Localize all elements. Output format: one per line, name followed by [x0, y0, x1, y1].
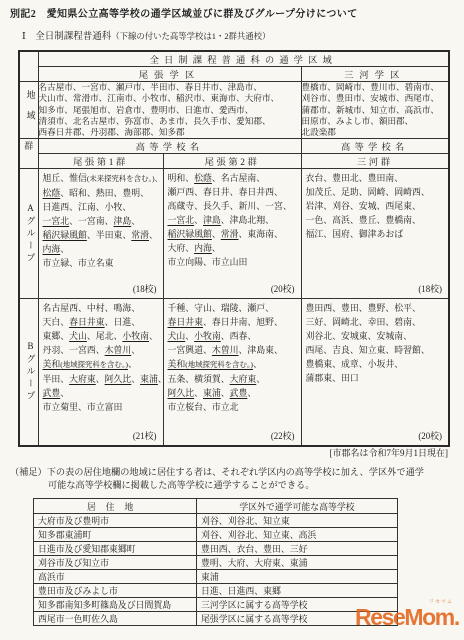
- eligible-schools-cell: 刈谷、刈谷北、知立東、高浜: [197, 528, 398, 542]
- school-name-text: 西尾、吉良、知立東、時習館、: [306, 345, 430, 355]
- school-list-line: 旭丘、惟信(未来探究科を含む。)、: [43, 171, 160, 186]
- residence-cell: 大府市及び豊明市: [34, 514, 197, 528]
- school-name-underlined: (地域探究科を含む。): [60, 360, 128, 369]
- school-name-text: 、: [128, 359, 137, 369]
- school-name-text: 、: [253, 359, 262, 369]
- school-name-text: 明和、: [168, 173, 195, 183]
- school-count: (20校): [306, 430, 446, 442]
- group-a-owari1-cell: 旭丘、惟信(未来探究科を含む。)、松蔭、昭和、熱田、豊明、日進西、江南、小牧、一…: [38, 169, 163, 299]
- school-name-text: 高蔵寺、長久手、新川、一宮、: [168, 201, 292, 211]
- school-name-text: 豊橋東、成章、小坂井、: [306, 359, 404, 369]
- school-list-line: 刈谷北、安城東、安城南、: [306, 329, 446, 343]
- school-name-text: 、昭和、熱田、豊明、: [60, 188, 149, 198]
- residence-cell: 刈谷市及び知立市: [34, 556, 197, 570]
- school-name-text: 、: [256, 374, 265, 384]
- school-name-text: 、: [212, 229, 221, 239]
- district-table-main-header: 全日制課程普通科の通学区域: [38, 51, 449, 67]
- school-list-line: 五条、横須賀、大府東、: [168, 372, 298, 386]
- group-b-owari1-cell: 名古屋西、中村、鳴海、天白、春日井東、日進、東郷、犬山、尾北、小牧南、丹羽、一宮…: [38, 299, 163, 446]
- school-name-text: 、: [131, 374, 140, 384]
- school-list-line: 瀬戸西、春日井、春日井西、: [168, 185, 298, 199]
- section-heading-note: （下線の付いた高等学校は1・2群共通校）: [111, 32, 270, 41]
- school-name-text: 、: [131, 345, 140, 355]
- residence-header: 居住地: [34, 499, 197, 514]
- school-list-line: 市立緑、市立名東: [43, 256, 160, 270]
- school-list-line: 犬山、小牧南、西春、: [168, 329, 298, 343]
- page-title: 別記2 愛知県公立高等学校の通学区域並びに群及びグループ分けについて: [10, 5, 358, 20]
- eligible-schools-cell: 刈谷、刈谷北、知立東: [197, 514, 398, 528]
- group-a-mikawa-cell: 衣台、豊田北、豊田南、加茂丘、足助、岡崎、岡崎西、岩津、刈谷、安城、西尾東、一色…: [301, 169, 449, 299]
- commute-table-row: 知多郡南知多町篠島及び日間賀島三河学区に属する高等学校: [34, 598, 398, 612]
- school-list-line: 美和(地域探究科を含む。)、: [168, 357, 298, 372]
- school-name-text: 天白、: [43, 317, 70, 327]
- commute-table-body: 大府市及び豊明市刈谷、刈谷北、知立東知多郡東浦町刈谷、刈谷北、知立東、高浜日進市…: [34, 514, 398, 626]
- school-list-line: 丹羽、一宮西、木曽川、: [43, 343, 160, 357]
- school-name-text: 、: [60, 388, 69, 398]
- commute-table-row: 高浜市東浦: [34, 570, 398, 584]
- schools-outside-header: 学区外で通学可能な高等学校: [197, 499, 398, 514]
- school-name-text: 市立緑、市立名東: [43, 258, 114, 268]
- residence-cell: 西尾市一色町佐久島: [34, 612, 197, 626]
- school-name-text: 、春日井南、旭野、: [203, 317, 283, 327]
- supplement-line1: （補足）下の表の居住地欄の地域に居住する者は、それぞれ学区内の高等学校に加え、学…: [10, 466, 424, 479]
- commute-table-row: 刈谷市及び知立市豊明、大府、大府東、東浦: [34, 556, 398, 570]
- school-name-text: 、: [158, 374, 163, 384]
- school-list-line: 大府、内海、: [168, 241, 298, 255]
- school-name-text: 、: [212, 243, 221, 253]
- school-list-line: 蒲郡東、田口: [306, 371, 446, 385]
- residence-cell: 日進市及び愛知郡東郷町: [34, 542, 197, 556]
- school-name-text: 、西春、: [221, 331, 257, 341]
- school-name-text: 、東海南、: [239, 229, 283, 239]
- school-list-line: 加茂丘、足助、岡崎、岡崎西、: [306, 185, 446, 199]
- school-name-text: 、名古屋南、: [212, 173, 265, 183]
- school-list-line: 半田、大府東、阿久比、東浦、: [43, 372, 160, 386]
- residence-cell: 知多郡東浦町: [34, 528, 197, 542]
- region-row-label: 地域: [19, 82, 38, 139]
- school-name-text: 、: [221, 388, 230, 398]
- residence-cell: 高浜市: [34, 570, 197, 584]
- school-name-underlined: 稲沢緑風館: [43, 230, 87, 240]
- school-name-underlined: 内海: [43, 244, 61, 254]
- eligible-schools-cell: 東浦: [197, 570, 398, 584]
- school-list-line: 一宮北、一宮南、津島、: [43, 214, 160, 228]
- commute-table-row: 知多郡東浦町刈谷、刈谷北、知立東、高浜: [34, 528, 398, 542]
- eligible-schools-cell: 豊明、大府、大府東、東浦: [197, 556, 398, 570]
- mikawa-district-header: 三河学区: [301, 67, 449, 82]
- school-name-underlined: 津島: [114, 216, 132, 226]
- school-name-underlined: 美和: [168, 359, 186, 369]
- group-a-label: Aグループ: [19, 169, 38, 299]
- school-count: (21校): [43, 430, 160, 442]
- school-name-text: 、: [149, 230, 158, 240]
- school-count: (20校): [168, 283, 298, 295]
- school-list-line: 阿久比、東浦、武豊、: [168, 386, 298, 400]
- supplement-line2: 可能な高等学校欄に掲載した高等学校に通学することができる。: [10, 479, 424, 492]
- school-name-text: 岩津、刈谷、安城、西尾東、: [306, 201, 421, 211]
- school-name-underlined: 木曽川: [212, 345, 239, 355]
- school-name-text: 豊田西、豊田、豊野、松平、: [306, 303, 421, 313]
- school-name-underlined: 春日井東: [168, 317, 204, 327]
- school-list-line: 一色、高浜、豊丘、豊橋南、: [306, 213, 446, 227]
- school-list-line: 内海、: [43, 242, 160, 256]
- school-name-header-owari: 高等学校名: [38, 139, 301, 154]
- school-list-line: 一宮北、津島、津島北翔、: [168, 213, 298, 227]
- school-list-line: 衣台、豊田北、豊田南、: [306, 171, 446, 185]
- school-name-text: 刈谷北、安城東、安城南、: [306, 331, 413, 341]
- school-name-text: 蒲郡東、田口: [306, 373, 359, 383]
- school-list-line: 西尾、吉良、知立東、時習館、: [306, 343, 446, 357]
- school-name-underlined: 大府東: [69, 374, 96, 384]
- group-b-label: Bグループ: [19, 299, 38, 446]
- school-list-line: 春日井東、春日井南、旭野、: [168, 315, 298, 329]
- school-name-underlined: 松蔭: [43, 188, 61, 198]
- school-name-text: 半田、: [43, 374, 70, 384]
- school-name-text: 福江、国府、御津あおば: [306, 229, 404, 239]
- school-list-line: 東郷、犬山、尾北、小牧南、: [43, 329, 160, 343]
- school-name-text: 、津島東、: [239, 345, 283, 355]
- school-name-text: 日進西、江南、小牧、: [43, 202, 132, 212]
- school-name-text: 東郷、: [43, 331, 70, 341]
- school-list-line: 名古屋西、中村、鳴海、: [43, 301, 160, 315]
- school-name-text: 、: [60, 244, 69, 254]
- commute-table-row: 西尾市一色町佐久島尾張学区に属する高等学校: [34, 612, 398, 626]
- school-list-line: 稲沢緑風館、半田東、常滑、: [43, 228, 160, 242]
- school-name-underlined: 阿久比: [105, 374, 132, 384]
- school-name-text: 、半田東、: [87, 230, 131, 240]
- school-name-text: 、: [131, 216, 140, 226]
- school-name-underlined: 小牧南: [122, 331, 149, 341]
- school-name-text: 加茂丘、足助、岡崎、岡崎西、: [306, 187, 430, 197]
- school-name-text: 、: [96, 374, 105, 384]
- school-name-underlined: (地域探究科を含む。): [185, 360, 253, 369]
- school-list-line: 三好、岡崎北、幸田、碧南、: [306, 315, 446, 329]
- residence-cell: 知多郡南知多町篠島及び日間賀島: [34, 598, 197, 612]
- mikawa-municipalities: 豊橋市、岡崎市、豊川市、碧南市、 刈谷市、豊田市、安城市、西尾市、 蒲郡市、新城…: [301, 82, 449, 139]
- school-list-line: 一宮興道、木曽川、津島東、: [168, 343, 298, 357]
- school-list-line: 稲沢緑風館、常滑、東海南、: [168, 227, 298, 241]
- school-name-underlined: 木曽川: [105, 345, 132, 355]
- school-list-line: 武豊、: [43, 386, 160, 400]
- school-name-text: 名古屋西、中村、鳴海、: [43, 303, 141, 313]
- school-name-underlined: 阿久比: [168, 388, 195, 398]
- school-name-text: 衣台、豊田北、豊田南、: [306, 173, 404, 183]
- school-name-underlined: 武豊: [43, 388, 61, 398]
- school-name-underlined: 犬山: [168, 331, 186, 341]
- district-table: 全日制課程普通科の通学区域 尾張学区 三河学区 地域 名古屋市、一宮市、瀬戸市、…: [18, 50, 450, 447]
- as-of-note: [市郡名は令和7年9月1日現在]: [330, 446, 449, 459]
- school-list-line: 日進西、江南、小牧、: [43, 200, 160, 214]
- section-heading-text: Ⅰ 全日制課程普通科: [22, 32, 111, 42]
- school-count: (18校): [43, 283, 160, 295]
- school-name-underlined: 美和: [43, 359, 61, 369]
- eligible-schools-cell: 尾張学区に属する高等学校: [197, 612, 398, 626]
- school-count: (18校): [306, 283, 446, 295]
- resemom-furigana: リセマム: [429, 598, 453, 605]
- school-name-text: 、: [194, 215, 203, 225]
- school-name-text: 、尾北、: [87, 331, 123, 341]
- school-name-underlined: 稲沢緑風館: [168, 229, 212, 239]
- school-name-underlined: 常滑: [131, 230, 149, 240]
- school-list-line: 豊田西、豊田、豊野、松平、: [306, 301, 446, 315]
- school-name-text: 市立桜台、市立北: [168, 402, 239, 412]
- school-name-underlined: 松蔭: [194, 173, 212, 183]
- school-name-underlined: 大府東: [230, 374, 257, 384]
- commute-table-row: 豊田市及びみよし市日進、日進西、東郷: [34, 584, 398, 598]
- school-name-header-mikawa: 高等学校名: [301, 139, 449, 154]
- school-name-underlined: 常滑: [221, 229, 239, 239]
- school-name-text: 、一宮南、: [69, 216, 113, 226]
- owari-municipalities: 名古屋市、一宮市、瀬戸市、半田市、春日井市、津島市、 犬山市、常滑市、江南市、小…: [38, 82, 301, 139]
- school-name-text: 旭丘、惟信: [43, 173, 87, 183]
- commute-table-row: 日進市及び愛知郡東郷町豊田西、衣台、豊田、三好: [34, 542, 398, 556]
- school-list-line: 福江、国府、御津あおば: [306, 227, 446, 241]
- school-name-text: 大府、: [168, 243, 195, 253]
- eligible-schools-cell: 日進、日進西、東郷: [197, 584, 398, 598]
- school-list-line: 豊橋東、成章、小坂井、: [306, 357, 446, 371]
- school-name-text: 、日進、: [105, 317, 141, 327]
- school-name-text: (未来探究科を含む。)、: [87, 174, 162, 183]
- school-name-text: 一色、高浜、豊丘、豊橋南、: [306, 215, 421, 225]
- school-list-line: 美和(地域探究科を含む。)、: [43, 357, 160, 372]
- school-name-text: 、: [247, 388, 256, 398]
- group-b-mikawa-cell: 豊田西、豊田、豊野、松平、三好、岡崎北、幸田、碧南、刈谷北、安城東、安城南、西尾…: [301, 299, 449, 446]
- school-name-text: 市立向陽、市立山田: [168, 257, 248, 267]
- school-list-line: 岩津、刈谷、安城、西尾東、: [306, 199, 446, 213]
- school-name-underlined: 東浦: [203, 388, 221, 398]
- school-name-text: 五条、横須賀、: [168, 374, 230, 384]
- school-name-underlined: 春日井東: [69, 317, 105, 327]
- residence-cell: 豊田市及びみよし市: [34, 584, 197, 598]
- school-name-underlined: 犬山: [69, 331, 87, 341]
- eligible-schools-cell: 豊田西、衣台、豊田、三好: [197, 542, 398, 556]
- school-name-text: 、: [185, 331, 194, 341]
- eligible-schools-cell: 三河学区に属する高等学校: [197, 598, 398, 612]
- school-name-underlined: 一宮北: [168, 215, 195, 225]
- school-list-line: 天白、春日井東、日進、: [43, 315, 160, 329]
- section-heading: Ⅰ 全日制課程普通科（下線の付いた高等学校は1・2群共通校）: [22, 28, 270, 42]
- school-name-underlined: 一宮北: [43, 216, 70, 226]
- school-name-underlined: 東浦: [140, 374, 158, 384]
- school-name-text: 、: [149, 331, 158, 341]
- district-table-corner: [19, 51, 38, 82]
- group-b-owari2-cell: 千種、守山、瑞陵、瀬戸、春日井東、春日井南、旭野、犬山、小牧南、西春、一宮興道、…: [163, 299, 301, 446]
- commute-table-header-row: 居住地 学区外で通学可能な高等学校: [34, 499, 398, 514]
- school-name-underlined: 小牧南: [194, 331, 221, 341]
- school-name-text: 市立菊里、市立富田: [43, 402, 123, 412]
- school-list-line: 松蔭、昭和、熱田、豊明、: [43, 186, 160, 200]
- school-name-text: 、: [194, 388, 203, 398]
- gun2-header: 尾張第2群: [163, 154, 301, 169]
- supplement-label: （補足）: [10, 467, 47, 477]
- commute-table: 居住地 学区外で通学可能な高等学校 大府市及び豊明市刈谷、刈谷北、知立東知多郡東…: [33, 498, 398, 626]
- school-list-line: 明和、松蔭、名古屋南、: [168, 171, 298, 185]
- school-list-line: 千種、守山、瑞陵、瀬戸、: [168, 301, 298, 315]
- school-name-text: 、津島北翔、: [221, 215, 274, 225]
- school-list-line: 高蔵寺、長久手、新川、一宮、: [168, 199, 298, 213]
- school-list-line: 市立菊里、市立富田: [43, 400, 160, 414]
- school-name-text: 瀬戸西、春日井、春日井西、: [168, 187, 283, 197]
- school-count: (22校): [168, 430, 298, 442]
- school-name-text: 千種、守山、瑞陵、瀬戸、: [168, 303, 275, 313]
- school-name-underlined: 武豊: [230, 388, 248, 398]
- school-name-text: 一宮興道、: [168, 345, 212, 355]
- school-name-text: 丹羽、一宮西、: [43, 345, 105, 355]
- school-name-underlined: 津島: [203, 215, 221, 225]
- mikawa-gun-header: 三河群: [301, 154, 449, 169]
- commute-table-row: 大府市及び豊明市刈谷、刈谷北、知立東: [34, 514, 398, 528]
- group-a-owari2-cell: 明和、松蔭、名古屋南、瀬戸西、春日井、春日井西、高蔵寺、長久手、新川、一宮、一宮…: [163, 169, 301, 299]
- school-name-underlined: 内海: [194, 243, 212, 253]
- school-list-line: 市立桜台、市立北: [168, 400, 298, 414]
- gun1-header: 尾張第1群: [38, 154, 163, 169]
- gun-row-label: 群: [19, 139, 38, 169]
- supplement-note: （補足）下の表の居住地欄の地域に居住する者は、それぞれ学区内の高等学校に加え、学…: [10, 466, 424, 492]
- school-list-line: 市立向陽、市立山田: [168, 255, 298, 269]
- school-name-text: 三好、岡崎北、幸田、碧南、: [306, 317, 421, 327]
- owari-district-header: 尾張学区: [38, 67, 301, 82]
